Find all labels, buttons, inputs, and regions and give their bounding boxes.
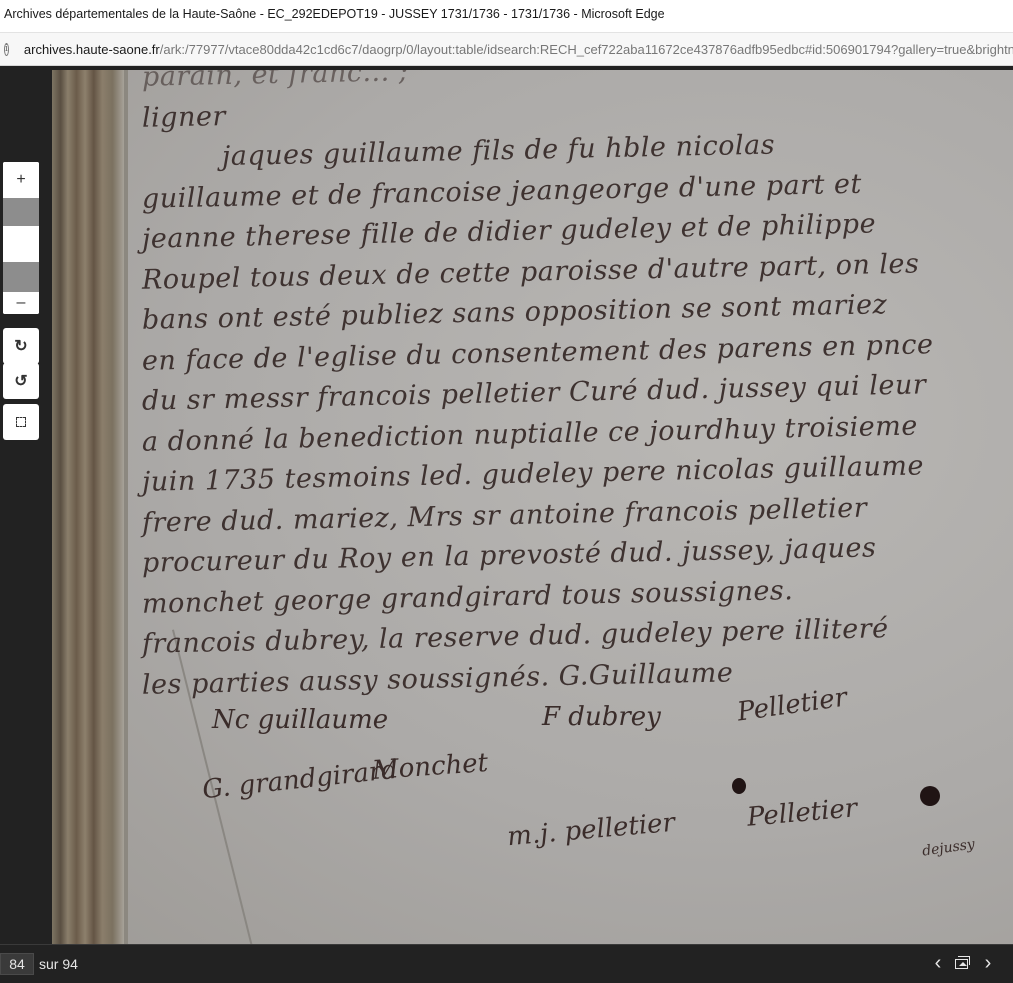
- select-area-icon: [16, 417, 26, 427]
- signature: G. grandgirard: [201, 755, 399, 805]
- ink-blot: [732, 778, 746, 794]
- rotate-counterclockwise-icon: ↺: [14, 371, 27, 391]
- zoom-slider-track[interactable]: [3, 262, 39, 292]
- signatures-block: Nc guillaume F dubrey Pelletier G. grand…: [192, 690, 992, 920]
- rotate-left-button[interactable]: ↺: [3, 363, 39, 399]
- url-path: /ark:/77977/vtace80dda42c1cd6c7/daogrp/0…: [160, 42, 1013, 57]
- page-total-label: sur 94: [39, 956, 78, 972]
- url-field[interactable]: archives.haute-saone.fr/ark:/77977/vtace…: [24, 42, 1013, 57]
- page-number-input[interactable]: 84: [0, 953, 34, 975]
- select-area-button[interactable]: [3, 404, 39, 440]
- signature: m.j. pelletier: [506, 808, 676, 853]
- info-icon[interactable]: i: [4, 43, 9, 56]
- signature: dejussy: [921, 836, 976, 859]
- url-host: archives.haute-saone.fr: [24, 42, 160, 57]
- zoom-in-button[interactable]: +: [3, 162, 39, 198]
- signature: Pelletier: [746, 793, 859, 833]
- image-viewer[interactable]: parain, et franc... ; ligner jaques guil…: [0, 66, 1013, 944]
- signature: Monchet: [371, 748, 489, 786]
- rotate-right-button[interactable]: ↻: [3, 328, 39, 364]
- signature: Pelletier: [735, 682, 848, 727]
- gallery-icon[interactable]: [955, 956, 971, 970]
- page-navigation: ‹ ›: [931, 953, 995, 973]
- zoom-slider-handle[interactable]: [3, 226, 39, 262]
- manuscript-text: parain, et franc... ; ligner jaques guil…: [132, 70, 1012, 706]
- plus-icon: +: [16, 171, 25, 189]
- window-title: Archives départementales de la Haute-Saô…: [4, 7, 665, 21]
- pagination-bar: 84 sur 94 ‹ ›: [0, 944, 1013, 983]
- address-bar[interactable]: i archives.haute-saone.fr/ark:/77977/vta…: [0, 32, 1013, 66]
- minus-icon: –: [17, 294, 26, 312]
- window-title-bar: Archives départementales de la Haute-Saô…: [0, 0, 1013, 32]
- chevron-right-icon[interactable]: ›: [981, 953, 995, 973]
- register-page-image[interactable]: parain, et franc... ; ligner jaques guil…: [52, 70, 1013, 944]
- zoom-control: + –: [3, 162, 39, 314]
- rotate-clockwise-icon: ↻: [14, 336, 27, 356]
- ink-blot: [920, 786, 940, 806]
- book-binding-edge: [52, 70, 124, 944]
- zoom-out-button[interactable]: –: [3, 292, 39, 314]
- signature: F dubrey: [542, 702, 661, 732]
- zoom-slider-track[interactable]: [3, 198, 39, 226]
- chevron-left-icon[interactable]: ‹: [931, 953, 945, 973]
- signature: Nc guillaume: [212, 705, 388, 735]
